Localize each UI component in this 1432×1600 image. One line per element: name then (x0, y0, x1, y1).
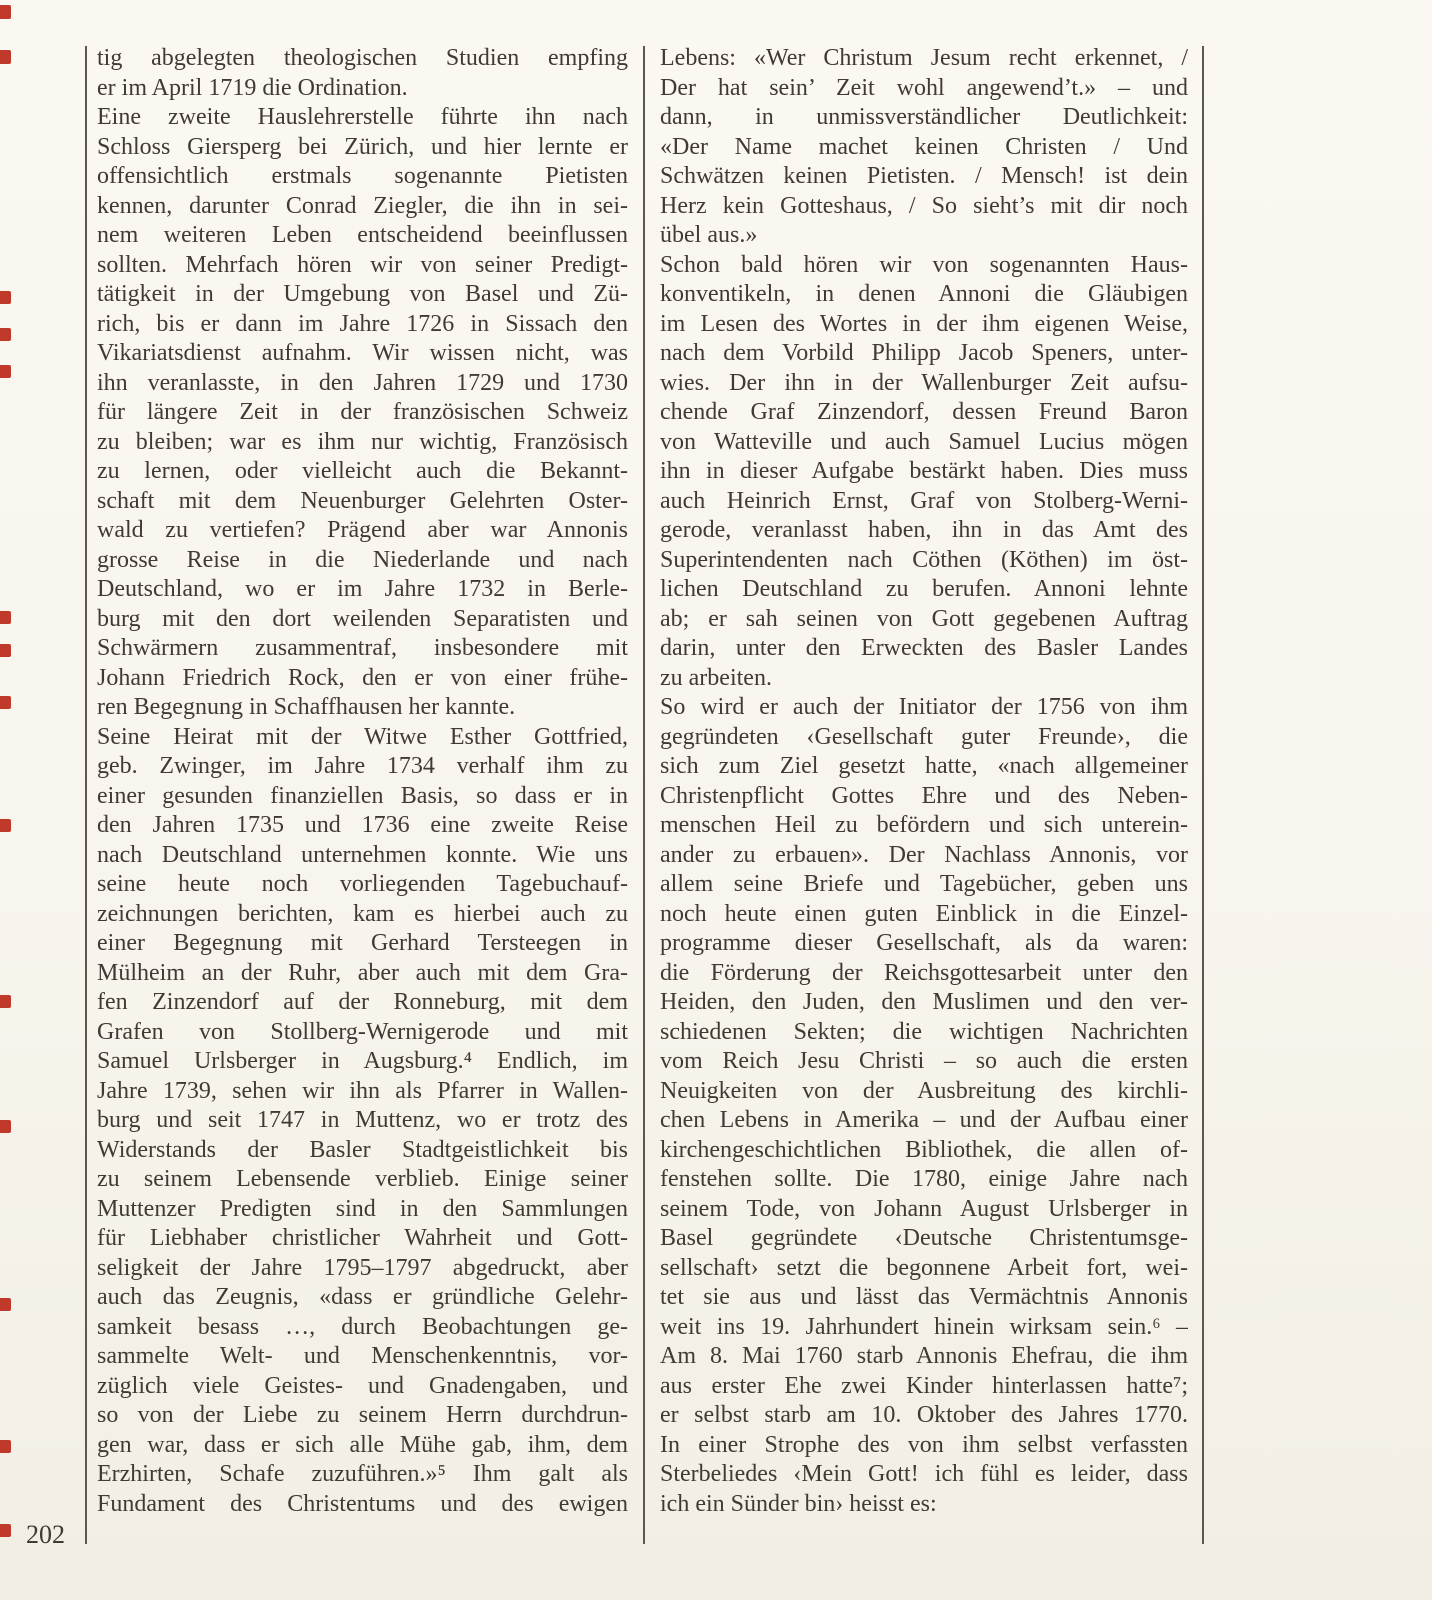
text-line: Widerstands der Basler Stadtgeistlichkei… (97, 1136, 628, 1166)
scan-edge-mark (0, 611, 11, 624)
text-line: aus erster Ehe zwei Kinder hinterlassen … (660, 1372, 1188, 1402)
scan-edge-mark (0, 1120, 11, 1133)
scan-edge-mark (0, 995, 11, 1008)
text-line: Muttenzer Predigten sind in den Sammlung… (97, 1195, 628, 1225)
text-line: weit ins 19. Jahrhundert hinein wirksam … (660, 1313, 1188, 1343)
text-line: Lebens: «Wer Christum Jesum recht erkenn… (660, 44, 1188, 74)
text-line: Der hat sein’ Zeit wohl angewend’t.» – u… (660, 74, 1188, 104)
text-line: samkeit besass …, durch Beobachtungen ge… (97, 1313, 628, 1343)
text-line: schaft mit dem Neuenburger Gelehrten Ost… (97, 487, 628, 517)
text-line: Basel gegründete ‹Deutsche Christentumsg… (660, 1224, 1188, 1254)
text-line: von Watteville und auch Samuel Lucius mö… (660, 428, 1188, 458)
text-line: Superintendenten nach Cöthen (Köthen) im… (660, 546, 1188, 576)
text-line: ihn in dieser Aufgabe bestärkt haben. Di… (660, 457, 1188, 487)
scan-edge-mark (0, 50, 11, 64)
text-line: sich zum Ziel gesetzt hatte, «nach allge… (660, 752, 1188, 782)
text-line: für längere Zeit in der französischen Sc… (97, 398, 628, 428)
scanned-page: tig abgelegten theologischen Studien emp… (0, 0, 1432, 1600)
text-line: nach dem Vorbild Philipp Jacob Speners, … (660, 339, 1188, 369)
text-line: Neuigkeiten von der Ausbreitung des kirc… (660, 1077, 1188, 1107)
text-line: ander zu erbauen». Der Nachlass Annonis,… (660, 841, 1188, 871)
text-line: Fundament des Christentums und des ewige… (97, 1490, 628, 1520)
text-line: gegründeten ‹Gesellschaft guter Freunde›… (660, 723, 1188, 753)
text-line: wies. Der ihn in der Wallenburger Zeit a… (660, 369, 1188, 399)
text-line: ich ein Sünder bin› heisst es: (660, 1490, 1188, 1520)
text-line: die Förderung der Reichsgottesarbeit unt… (660, 959, 1188, 989)
text-line: darin, unter den Erweckten des Basler La… (660, 634, 1188, 664)
text-line: rich, bis er dann im Jahre 1726 in Sissa… (97, 310, 628, 340)
text-line: wald zu vertiefen? Prägend aber war Anno… (97, 516, 628, 546)
text-line: Johann Friedrich Rock, den er von einer … (97, 664, 628, 694)
text-line: Vikariatsdienst aufnahm. Wir wissen nich… (97, 339, 628, 369)
text-line: sollten. Mehrfach hören wir von seiner P… (97, 251, 628, 281)
text-line: Sterbeliedes ‹Mein Gott! ich fühl es lei… (660, 1460, 1188, 1490)
text-line: lichen Deutschland zu berufen. Annoni le… (660, 575, 1188, 605)
text-line: Seine Heirat mit der Witwe Esther Gottfr… (97, 723, 628, 753)
page-number: 202 (26, 1521, 65, 1549)
text-line: tätigkeit in der Umgebung von Basel und … (97, 280, 628, 310)
text-line: zu arbeiten. (660, 664, 1188, 694)
scan-edge-mark (0, 1298, 11, 1311)
text-line: Heiden, den Juden, den Muslimen und den … (660, 988, 1188, 1018)
text-line: einer gesunden finanziellen Basis, so da… (97, 782, 628, 812)
text-line: zeichnungen berichten, kam es hierbei au… (97, 900, 628, 930)
right-column: Lebens: «Wer Christum Jesum recht erkenn… (660, 44, 1188, 1519)
text-line: im Lesen des Wortes in der ihm eigenen W… (660, 310, 1188, 340)
text-line: Schwärmern zusammentraf, insbesondere mi… (97, 634, 628, 664)
text-line: nach Deutschland unternehmen konnte. Wie… (97, 841, 628, 871)
text-line: Schloss Giersperg bei Zürich, und hier l… (97, 133, 628, 163)
left-column-rule (85, 46, 87, 1544)
text-line: ihn veranlasste, in den Jahren 1729 und … (97, 369, 628, 399)
text-line: menschen Heil zu befördern und sich unte… (660, 811, 1188, 841)
text-line: fenstehen sollte. Die 1780, einige Jahre… (660, 1165, 1188, 1195)
scan-edge-mark (0, 291, 11, 304)
text-line: In einer Strophe des von ihm selbst verf… (660, 1431, 1188, 1461)
text-line: chende Graf Zinzendorf, dessen Freund Ba… (660, 398, 1188, 428)
text-line: Mülheim an der Ruhr, aber auch mit dem G… (97, 959, 628, 989)
scan-edge-mark (0, 328, 11, 341)
text-line: seinem Tode, von Johann August Urlsberge… (660, 1195, 1188, 1225)
scan-edge-mark (0, 696, 11, 709)
text-line: grosse Reise in die Niederlande und nach (97, 546, 628, 576)
text-line: konventikeln, in denen Annoni die Gläubi… (660, 280, 1188, 310)
text-line: offensichtlich erstmals sogenannte Pieti… (97, 162, 628, 192)
text-line: einer Begegnung mit Gerhard Tersteegen i… (97, 929, 628, 959)
text-line: den Jahren 1735 und 1736 eine zweite Rei… (97, 811, 628, 841)
text-line: so von der Liebe zu seinem Herrn durchdr… (97, 1401, 628, 1431)
text-line: vom Reich Jesu Christi – so auch die ers… (660, 1047, 1188, 1077)
text-line: er im April 1719 die Ordination. (97, 74, 628, 104)
text-line: allem seine Briefe und Tagebücher, geben… (660, 870, 1188, 900)
text-line: geb. Zwinger, im Jahre 1734 verhalf ihm … (97, 752, 628, 782)
text-line: er selbst starb am 10. Oktober des Jahre… (660, 1401, 1188, 1431)
text-line: Herz kein Gotteshaus, / So sieht’s mit d… (660, 192, 1188, 222)
text-line: für Liebhaber christlicher Wahrheit und … (97, 1224, 628, 1254)
text-line: sellschaft› setzt die begonnene Arbeit f… (660, 1254, 1188, 1284)
text-line: kirchengeschichtlichen Bibliothek, die a… (660, 1136, 1188, 1166)
right-margin-rule (1202, 46, 1204, 1544)
scan-edge-mark (0, 644, 11, 657)
text-line: tet sie aus und lässt das Vermächtnis An… (660, 1283, 1188, 1313)
text-line: gen war, dass er sich alle Mühe gab, ihm… (97, 1431, 628, 1461)
scan-edge-mark (0, 1524, 11, 1537)
scan-edge-mark (0, 365, 11, 378)
text-line: Schon bald hören wir von sogenannten Hau… (660, 251, 1188, 281)
text-line: programme dieser Gesellschaft, als da wa… (660, 929, 1188, 959)
text-line: auch das Zeugnis, «dass er gründliche Ge… (97, 1283, 628, 1313)
scan-edge-mark (0, 5, 11, 19)
text-line: Eine zweite Hauslehrerstelle führte ihn … (97, 103, 628, 133)
scan-edge-mark (0, 1440, 11, 1453)
text-line: züglich viele Geistes- und Gnadengaben, … (97, 1372, 628, 1402)
text-line: tig abgelegten theologischen Studien emp… (97, 44, 628, 74)
text-line: fen Zinzendorf auf der Ronneburg, mit de… (97, 988, 628, 1018)
text-line: sammelte Welt- und Menschenkenntnis, vor… (97, 1342, 628, 1372)
text-line: Samuel Urlsberger in Augsburg.⁴ Endlich,… (97, 1047, 628, 1077)
text-line: Erzhirten, Schafe zuzuführen.»⁵ Ihm galt… (97, 1460, 628, 1490)
text-line: zu lernen, oder vielleicht auch die Beka… (97, 457, 628, 487)
text-line: Am 8. Mai 1760 starb Annonis Ehefrau, di… (660, 1342, 1188, 1372)
text-line: burg und seit 1747 in Muttenz, wo er tro… (97, 1106, 628, 1136)
text-line: Schwätzen keinen Pietisten. / Mensch! is… (660, 162, 1188, 192)
left-column: tig abgelegten theologischen Studien emp… (97, 44, 628, 1519)
text-line: Jahre 1739, sehen wir ihn als Pfarrer in… (97, 1077, 628, 1107)
text-line: «Der Name machet keinen Christen / Und (660, 133, 1188, 163)
text-line: ren Begegnung in Schaffhausen her kannte… (97, 693, 628, 723)
text-line: So wird er auch der Initiator der 1756 v… (660, 693, 1188, 723)
text-line: kennen, darunter Conrad Ziegler, die ihn… (97, 192, 628, 222)
text-line: zu seinem Lebensende verblieb. Einige se… (97, 1165, 628, 1195)
text-line: nem weiteren Leben entscheidend beeinflu… (97, 221, 628, 251)
text-line: Christenpflicht Gottes Ehre und des Nebe… (660, 782, 1188, 812)
text-line: seine heute noch vorliegenden Tagebuchau… (97, 870, 628, 900)
text-line: burg mit den dort weilenden Separatisten… (97, 605, 628, 635)
text-line: gerode, veranlasst haben, ihn in das Amt… (660, 516, 1188, 546)
text-line: noch heute einen guten Einblick in die E… (660, 900, 1188, 930)
text-line: auch Heinrich Ernst, Graf von Stolberg-W… (660, 487, 1188, 517)
text-line: seligkeit der Jahre 1795–1797 abgedruckt… (97, 1254, 628, 1284)
text-line: dann, in unmissverständlicher Deutlichke… (660, 103, 1188, 133)
text-line: zu bleiben; war es ihm nur wichtig, Fran… (97, 428, 628, 458)
scan-edge-mark (0, 819, 11, 832)
text-line: übel aus.» (660, 221, 1188, 251)
column-divider-rule (643, 46, 645, 1544)
text-line: Grafen von Stollberg-Wernigerode und mit (97, 1018, 628, 1048)
text-line: ab; er sah seinen von Gott gegebenen Auf… (660, 605, 1188, 635)
text-line: chen Lebens in Amerika – und der Aufbau … (660, 1106, 1188, 1136)
text-line: Deutschland, wo er im Jahre 1732 in Berl… (97, 575, 628, 605)
text-line: schiedenen Sekten; die wichtigen Nachric… (660, 1018, 1188, 1048)
